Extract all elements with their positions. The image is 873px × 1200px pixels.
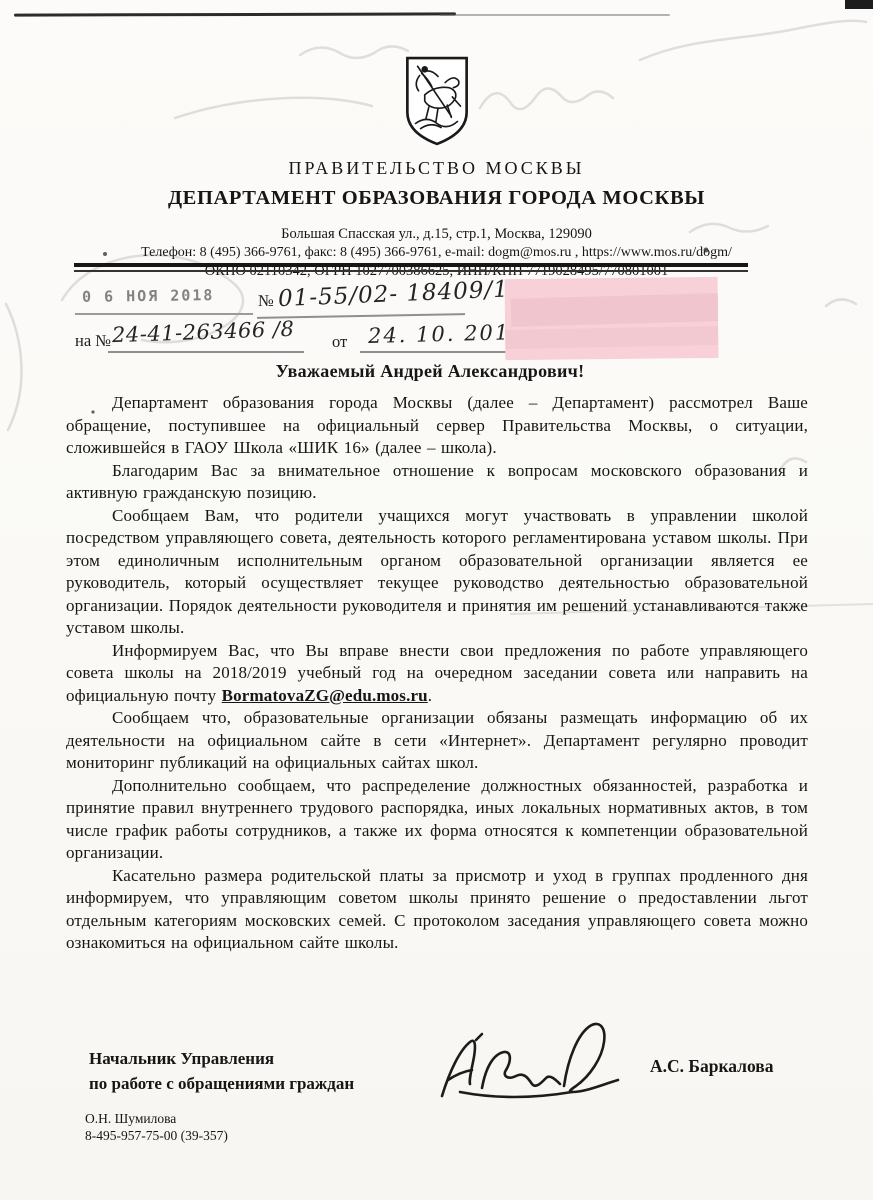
header-separator-thick <box>74 263 748 267</box>
incoming-date-label: от <box>332 332 347 352</box>
department-title: ДЕПАРТАМЕНТ ОБРАЗОВАНИЯ ГОРОДА МОСКВЫ <box>0 187 873 210</box>
paragraph-4-period: . <box>428 686 432 705</box>
redaction-band <box>511 293 719 327</box>
stamp-underline <box>75 313 253 315</box>
outgoing-number-label: № <box>258 291 274 311</box>
incoming-number-underline <box>108 351 304 353</box>
date-received-stamp: 0 6 НОЯ 2018 <box>82 286 215 306</box>
government-title: ПРАВИТЕЛЬСТВО МОСКВЫ <box>0 158 873 179</box>
paragraph-2: Благодарим Вас за внимательное отношение… <box>66 460 808 505</box>
moscow-coat-of-arms-icon <box>404 55 470 147</box>
redacted-addressee-box <box>505 277 719 360</box>
executor-info: О.Н. Шумилова 8-495-957-75-00 (39-357) <box>85 1110 228 1144</box>
paragraph-1: Департамент образования города Москвы (д… <box>66 392 808 460</box>
paragraph-5: Сообщаем что, образовательные организаци… <box>66 707 808 775</box>
scanned-letter-page: ПРАВИТЕЛЬСТВО МОСКВЫ ДЕПАРТАМЕНТ ОБРАЗОВ… <box>0 0 873 1200</box>
address-line: Большая Спасская ул., д.15, стр.1, Москв… <box>0 226 873 243</box>
executor-name: О.Н. Шумилова <box>85 1110 228 1127</box>
paragraph-4: Информируем Вас, что Вы вправе внести св… <box>66 640 808 708</box>
incoming-number-value: 24-41-263466 /8 <box>112 317 295 347</box>
paragraph-4-text: Информируем Вас, что Вы вправе внести св… <box>66 641 808 705</box>
paragraph-7: Касательно размера родительской платы за… <box>66 865 808 955</box>
incoming-date-underline <box>360 351 512 353</box>
incoming-number-label: на № <box>75 331 111 351</box>
header-separator-thin <box>74 270 748 272</box>
outgoing-number-value: 01-55/02- 18409/18 <box>278 276 525 312</box>
greeting: Уважаемый Андрей Александрович! <box>0 361 860 382</box>
handwritten-signature <box>432 1018 632 1118</box>
redaction-band <box>505 326 718 349</box>
letter-body: Департамент образования города Москвы (д… <box>66 392 808 955</box>
paragraph-6: Дополнительно сообщаем, что распределени… <box>66 775 808 865</box>
email-address: BormatovaZG@edu.mos.ru <box>222 686 428 705</box>
signer-position: Начальник Управления по работе с обращен… <box>89 1046 354 1096</box>
signer-name: А.С. Баркалова <box>650 1056 774 1077</box>
executor-phone: 8-495-957-75-00 (39-357) <box>85 1127 228 1144</box>
paragraph-3: Сообщаем Вам, что родители учащихся могу… <box>66 505 808 640</box>
scan-artifact-corner-mark <box>845 0 873 9</box>
signer-position-line2: по работе с обращениями граждан <box>89 1071 354 1096</box>
letterhead: ПРАВИТЕЛЬСТВО МОСКВЫ ДЕПАРТАМЕНТ ОБРАЗОВ… <box>0 55 873 280</box>
contacts-line: Телефон: 8 (495) 366-9761, факс: 8 (495)… <box>0 245 873 261</box>
scan-artifact-top-line-faint <box>440 14 670 16</box>
signer-position-line1: Начальник Управления <box>89 1046 354 1071</box>
scan-artifact-top-line <box>14 12 456 16</box>
incoming-date-value: 24. 10. 2018 <box>368 320 526 348</box>
